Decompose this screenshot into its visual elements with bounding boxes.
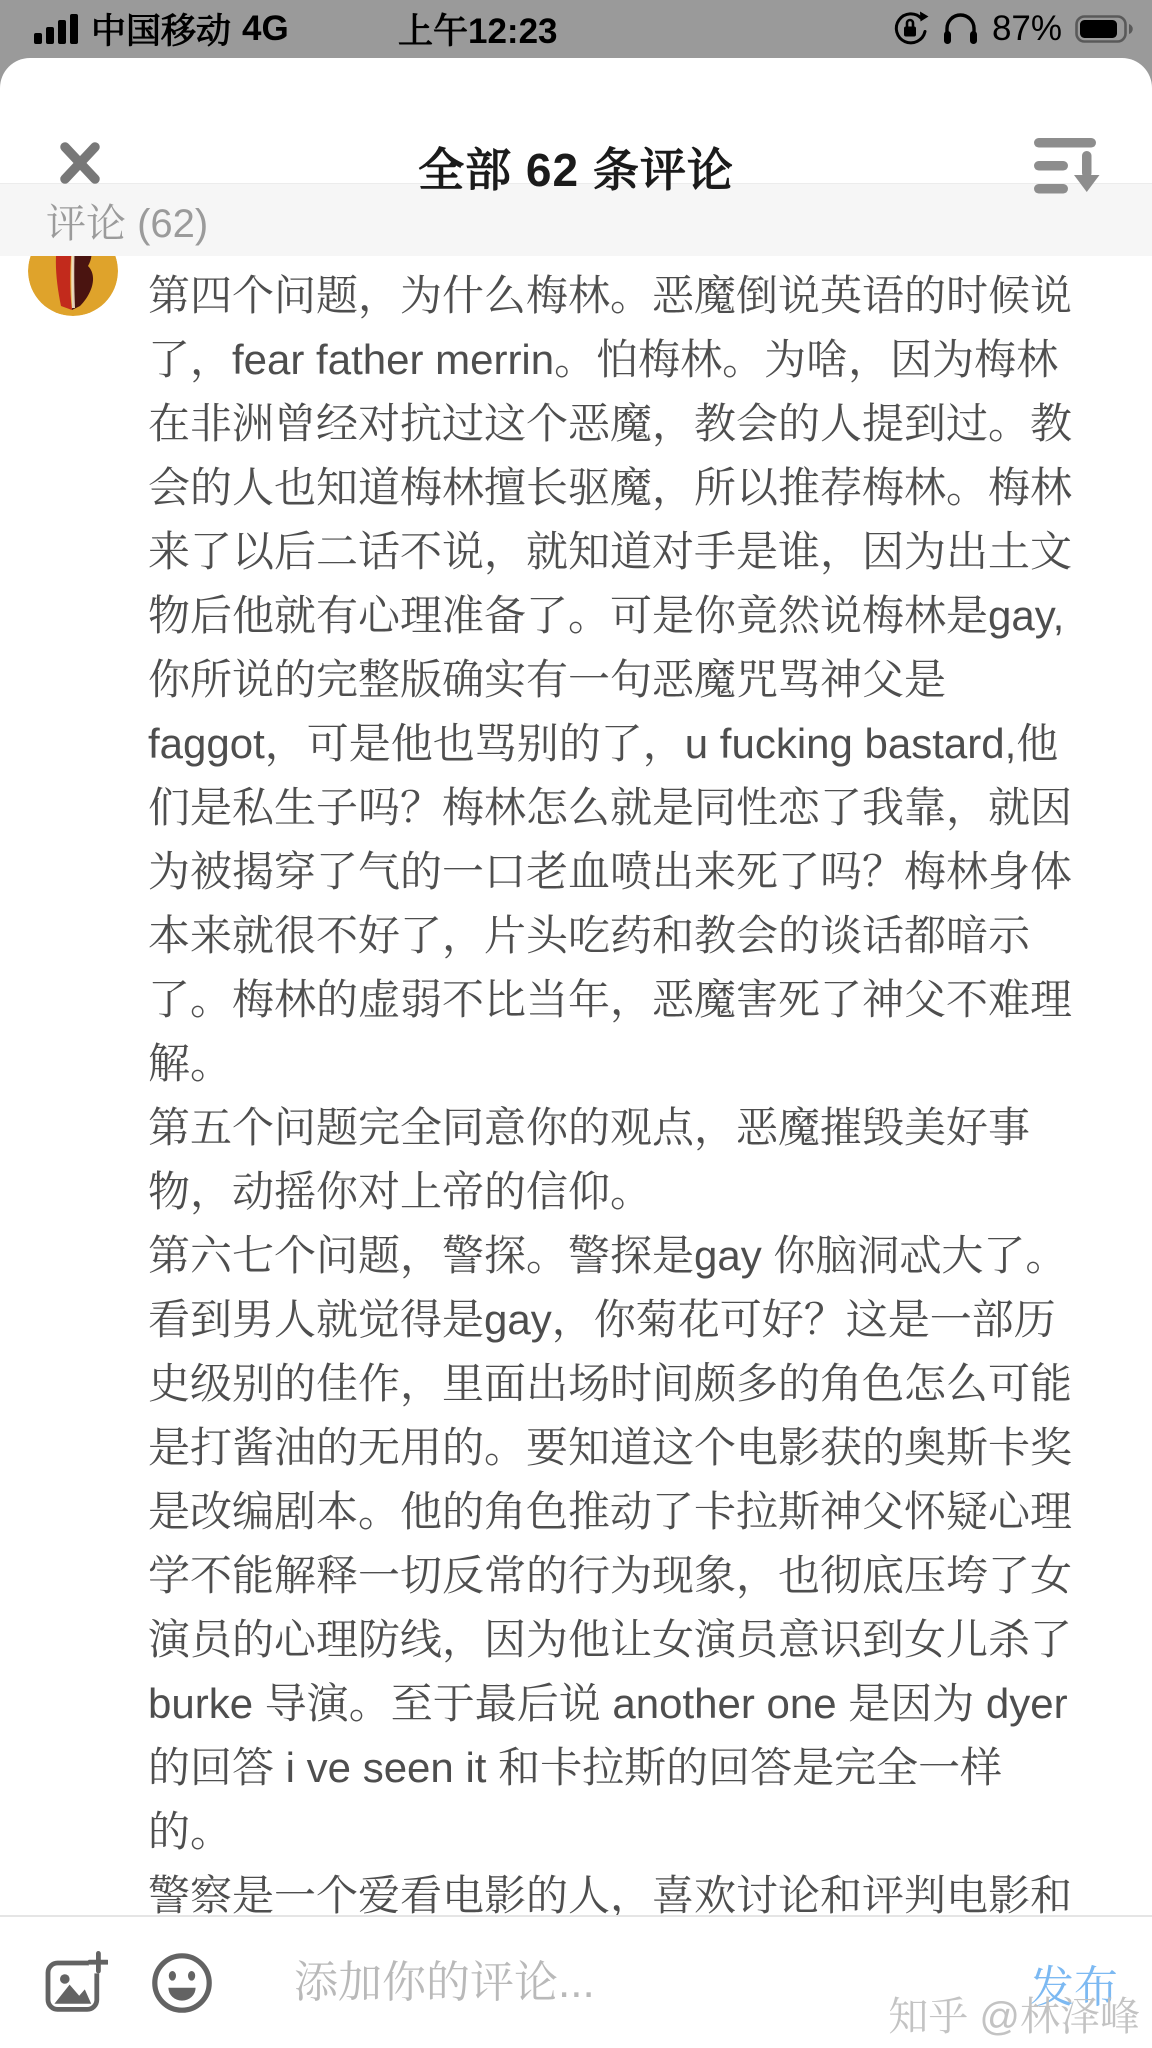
- image-add-icon: [44, 1951, 108, 2015]
- comments-modal: 全部 62 条评论 评论 (62) 第四个问题，为什么梅林。恶魔倒说英语的时候说…: [0, 58, 1152, 2048]
- comment-input[interactable]: [292, 1957, 1030, 2009]
- status-right-group: 87%: [891, 0, 1134, 58]
- avatar[interactable]: [28, 256, 118, 316]
- image-upload-button[interactable]: [44, 1951, 108, 2015]
- sort-icon: [1034, 138, 1104, 196]
- battery-icon: [1075, 15, 1134, 43]
- modal-header: 全部 62 条评论: [0, 58, 1152, 183]
- composer-bar: 发布 知乎 @林泽峰: [0, 1915, 1152, 2048]
- emoji-icon: [150, 1951, 214, 2015]
- rotation-lock-icon: [891, 10, 929, 48]
- sort-button[interactable]: [1034, 138, 1104, 196]
- network-type-label: 4G: [242, 9, 289, 49]
- status-time: 上午12:23: [398, 0, 558, 58]
- emoji-button[interactable]: [150, 1951, 214, 2015]
- comment-list: 第四个问题，为什么梅林。恶魔倒说英语的时候说 了，fear father mer…: [0, 256, 1152, 1915]
- headphones-icon: [942, 13, 979, 45]
- signal-strength-icon: [34, 14, 80, 44]
- battery-percent: 87%: [992, 9, 1062, 49]
- publish-button[interactable]: 发布: [1030, 1951, 1118, 2015]
- page-title: 全部 62 条评论: [0, 134, 1152, 200]
- carrier-label: 中国移动: [91, 4, 231, 54]
- comments-count-label: 评论 (62): [46, 192, 208, 249]
- comment-text[interactable]: 第四个问题，为什么梅林。恶魔倒说英语的时候说 了，fear father mer…: [148, 264, 1080, 1915]
- status-left-group: 中国移动 4G: [34, 0, 289, 58]
- avatar-image: [28, 256, 118, 316]
- status-bar: 中国移动 4G 上午12:23 87%: [0, 0, 1152, 58]
